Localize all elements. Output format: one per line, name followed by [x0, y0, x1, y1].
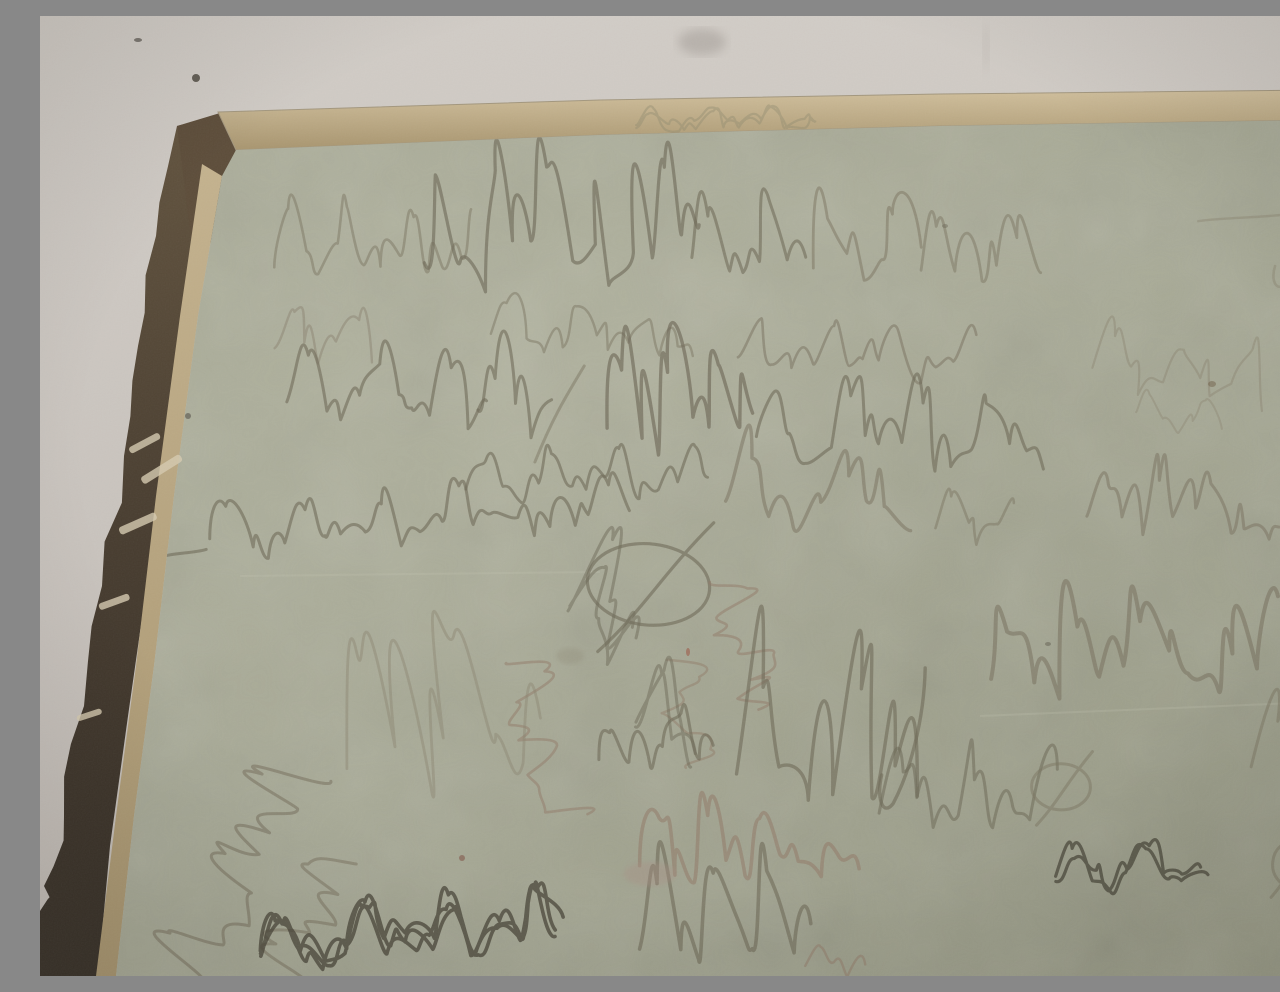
- photo-of-book-flyleaf: [40, 16, 1280, 976]
- book-flyleaf-scene: [40, 16, 1280, 976]
- film-grain-overlay: [40, 16, 1280, 976]
